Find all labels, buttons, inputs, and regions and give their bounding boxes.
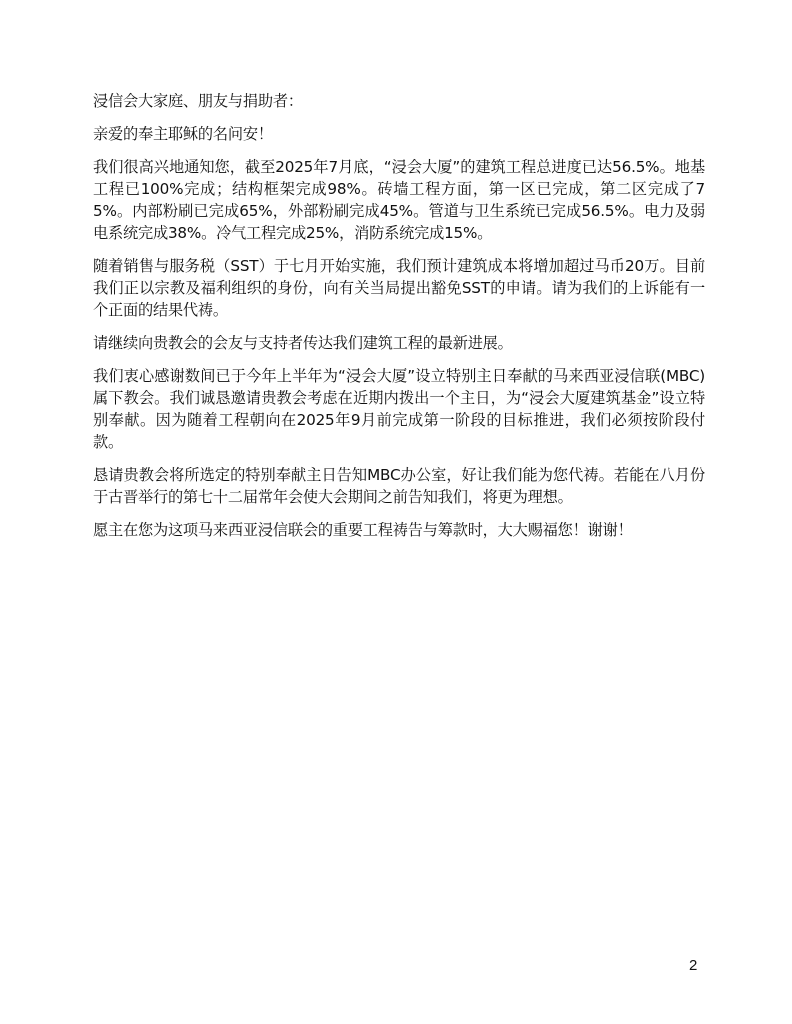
salutation: 亲爱的奉主耶稣的名问安！ <box>93 123 705 145</box>
paragraph-blessing: 愿主在您为这项马来西亚浸信联会的重要工程祷告与筹款时，大大赐福您！谢谢！ <box>93 519 705 541</box>
paragraph-progress: 我们很高兴地通知您，截至2025年7月底，“浸会大厦”的建筑工程总进度已达56.… <box>93 156 705 244</box>
greeting: 浸信会大家庭、朋友与捐助者： <box>93 90 705 112</box>
document-page: 浸信会大家庭、朋友与捐助者： 亲爱的奉主耶稣的名问安！ 我们很高兴地通知您，截至… <box>0 0 792 1024</box>
paragraph-notify-office: 恳请贵教会将所选定的特别奉献主日告知MBC办公室，好让我们能为您代祷。若能在八月… <box>93 464 705 508</box>
paragraph-share-updates: 请继续向贵教会的会友与支持者传达我们建筑工程的最新进展。 <box>93 332 705 354</box>
letter-body: 浸信会大家庭、朋友与捐助者： 亲爱的奉主耶稣的名问安！ 我们很高兴地通知您，截至… <box>93 90 705 552</box>
page-number: 2 <box>689 957 697 974</box>
paragraph-special-offering: 我们衷心感谢数间已于今年上半年为“浸会大厦”设立特别主日奉献的马来西亚浸信联(M… <box>93 365 705 453</box>
paragraph-sst: 随着销售与服务税（SST）于七月开始实施，我们预计建筑成本将增加超过马币20万。… <box>93 255 705 321</box>
